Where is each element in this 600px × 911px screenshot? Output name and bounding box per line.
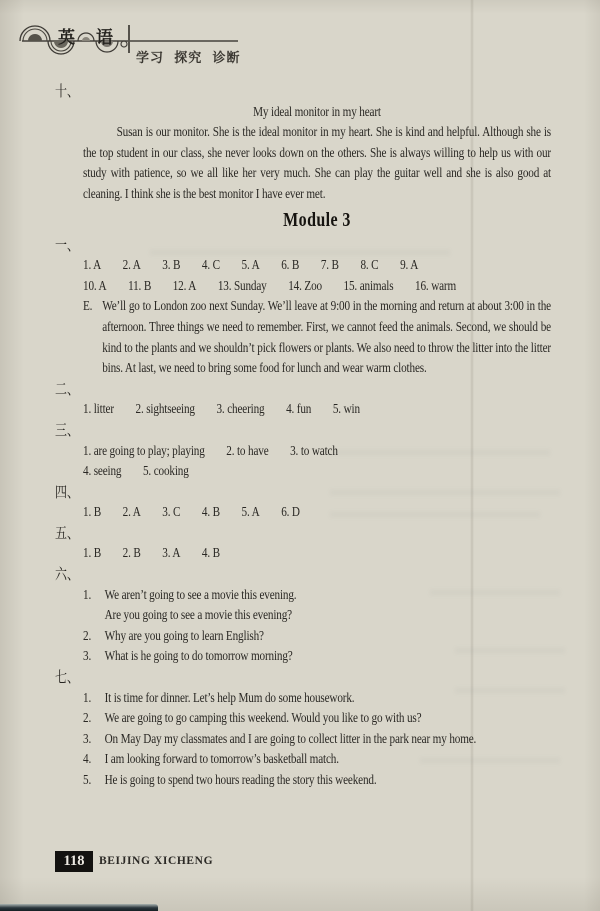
- answer-item: 2. to have: [226, 442, 268, 463]
- answer-item: 10. A: [83, 277, 106, 298]
- logo-char-yu: 语: [96, 23, 113, 48]
- answer-item: 3. to watch: [290, 442, 338, 463]
- answer-item: 4. B: [202, 503, 220, 524]
- answer-item: 3. B: [162, 256, 180, 277]
- header-divider: [128, 25, 130, 53]
- answer-item: 2. A: [123, 256, 141, 277]
- section-marker-6: 六、: [55, 565, 551, 586]
- sentence-item: 5. He is going to spend two hours readin…: [83, 771, 551, 792]
- sentence-number: 2.: [83, 709, 91, 730]
- answer-item: 9. A: [400, 256, 418, 277]
- answer-item: 4. seeing: [83, 462, 121, 483]
- sentence-item: 3. What is he going to do tomorrow morni…: [83, 647, 551, 668]
- answer-content: 十、 My ideal monitor in my heart Susan is…: [55, 82, 551, 792]
- sentence-number: 1.: [83, 689, 91, 710]
- answer-item: 3. cheering: [216, 400, 264, 421]
- passage-title: My ideal monitor in my heart: [83, 103, 551, 124]
- answer-paragraph-text: We’ll go to London zoo next Sunday. We’l…: [102, 299, 551, 376]
- sentence-text: We are going to go camping this weekend.…: [105, 709, 551, 730]
- page-number-badge: 118: [55, 851, 93, 872]
- answer-item: 12. A: [173, 277, 196, 298]
- answer-item: 6. B: [281, 256, 299, 277]
- sentence-text: He is going to spend two hours reading t…: [105, 771, 551, 792]
- answer-item: 11. B: [128, 277, 151, 298]
- sentence-item: 2. Why are you going to learn English?: [83, 627, 551, 648]
- answers-row: 4. seeing5. cooking: [83, 462, 551, 483]
- sentence-item: 1. We aren’t going to see a movie this e…: [83, 586, 551, 627]
- sentence-number: 5.: [83, 771, 91, 792]
- answer-item: 5. cooking: [143, 462, 189, 483]
- answer-item: 1. are going to play; playing: [83, 442, 205, 463]
- answer-item: 2. B: [123, 544, 141, 565]
- sentence-item: 1. It is time for dinner. Let’s help Mum…: [83, 689, 551, 710]
- answer-item: 3. A: [162, 544, 180, 565]
- series-tagline: 学习 探究 诊断: [136, 47, 241, 66]
- sentence-text: We aren’t going to see a movie this even…: [105, 586, 551, 627]
- sentence-item: 4. I am looking forward to tomorrow’s ba…: [83, 750, 551, 771]
- sentence-list: 1. It is time for dinner. Let’s help Mum…: [55, 689, 551, 792]
- answer-item: 5. A: [242, 256, 260, 277]
- sentence-number: 2.: [83, 627, 91, 648]
- section-marker-2: 二、: [55, 380, 551, 401]
- scan-edge-artifact: [0, 904, 158, 911]
- sentence-number: 4.: [83, 750, 91, 771]
- answer-item: 13. Sunday: [218, 277, 267, 298]
- module-heading: Module 3: [83, 209, 551, 232]
- answers-row: 1. B2. B3. A4. B: [83, 544, 551, 565]
- section-marker-7: 七、: [55, 668, 551, 689]
- sentence-list: 1. We aren’t going to see a movie this e…: [55, 586, 551, 668]
- answer-item: 5. win: [333, 400, 360, 421]
- sentence-text: I am looking forward to tomorrow’s baske…: [105, 750, 551, 771]
- answers-row: 10. A11. B12. A13. Sunday14. Zoo15. anim…: [83, 277, 551, 298]
- answer-item: 1. B: [83, 503, 101, 524]
- answer-item: 4. C: [202, 256, 220, 277]
- answer-paragraph-e: E. We’ll go to London zoo next Sunday. W…: [83, 297, 551, 379]
- answer-item: 1. B: [83, 544, 101, 565]
- answer-item: 2. A: [123, 503, 141, 524]
- sentence-text: It is time for dinner. Let’s help Mum do…: [105, 689, 551, 710]
- answers-row: 1. A2. A3. B4. C5. A6. B7. B8. C9. A: [83, 256, 551, 277]
- sentence-number: 3.: [83, 647, 91, 668]
- answer-item: 16. warm: [415, 277, 456, 298]
- answer-item: 8. C: [360, 256, 378, 277]
- answer-item: 7. B: [321, 256, 339, 277]
- answers-row: 1. litter2. sightseeing3. cheering4. fun…: [83, 400, 551, 421]
- answer-item: 3. C: [162, 503, 180, 524]
- sentence-text: What is he going to do tomorrow morning?: [105, 647, 551, 668]
- sentence-item: 3. On May Day my classmates and I are go…: [83, 730, 551, 751]
- passage-text: Susan is our monitor. She is the ideal m…: [83, 123, 551, 205]
- sentence-number: 3.: [83, 730, 91, 751]
- section-marker-1: 一、: [55, 236, 551, 257]
- section-marker-10: 十、: [55, 82, 551, 103]
- answer-item: 2. sightseeing: [136, 400, 195, 421]
- answer-item: 6. D: [281, 503, 300, 524]
- logo-char-ying: 英: [58, 23, 75, 48]
- answer-item: 4. B: [202, 544, 220, 565]
- sentence-text: Why are you going to learn English?: [105, 627, 551, 648]
- section-marker-5: 五、: [55, 524, 551, 545]
- answer-item: 14. Zoo: [288, 277, 322, 298]
- sentence-item: 2. We are going to go camping this weeke…: [83, 709, 551, 730]
- answer-item: 15. animals: [344, 277, 394, 298]
- answer-item: 4. fun: [286, 400, 311, 421]
- answer-label-e: E.: [83, 297, 92, 318]
- answer-item: 1. litter: [83, 400, 114, 421]
- publisher-label: BEIJING XICHENG: [99, 855, 213, 867]
- sentence-text: On May Day my classmates and I are going…: [105, 730, 551, 751]
- sentence-number: 1.: [83, 586, 91, 607]
- book-header: 英 语 学习 探究 诊断: [0, 0, 600, 75]
- section-marker-4: 四、: [55, 483, 551, 504]
- answer-item: 5. A: [242, 503, 260, 524]
- answer-item: 1. A: [83, 256, 101, 277]
- scanned-answer-page: { "header": { "logo_char_1": "英", "logo_…: [0, 0, 600, 911]
- answers-row: 1. are going to play; playing2. to have3…: [83, 442, 551, 463]
- answers-row: 1. B2. A3. C4. B5. A6. D: [83, 503, 551, 524]
- section-marker-3: 三、: [55, 421, 551, 442]
